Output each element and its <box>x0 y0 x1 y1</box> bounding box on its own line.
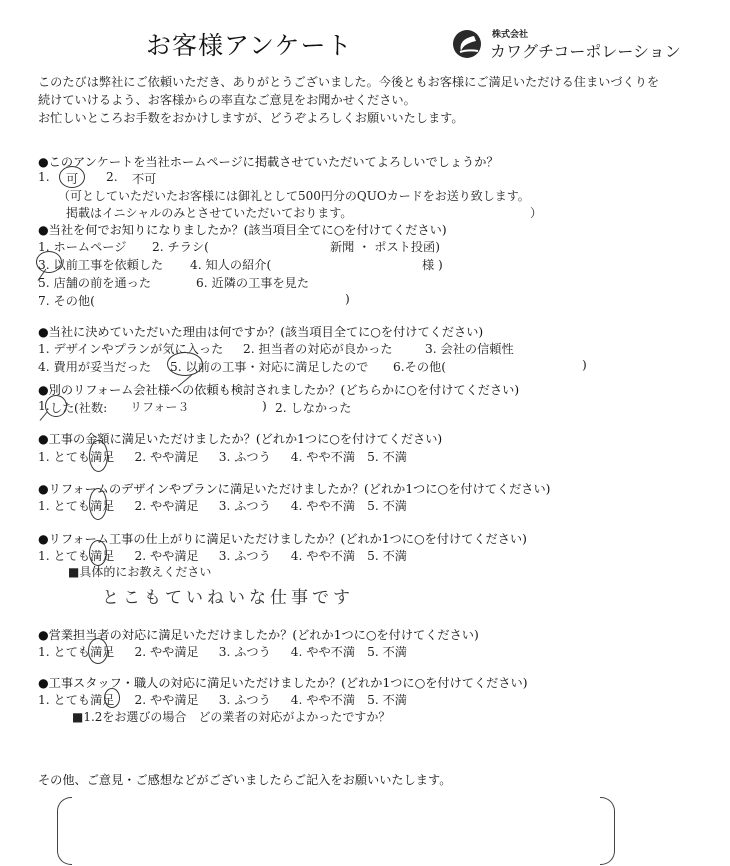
q9-option-very-satisfied[interactable]: 1. とても満足 <box>38 693 114 707</box>
q7-option-somewhat-dissatisfied[interactable]: 4. やや不満 <box>291 549 355 563</box>
q3-option-price[interactable]: 4. 費用が妥当だった <box>38 358 151 375</box>
q8-option-neutral[interactable]: 3. ふつう <box>219 645 271 659</box>
selection-circle <box>45 395 67 417</box>
selection-circle <box>59 166 85 188</box>
comment-bracket-right <box>600 797 615 865</box>
q4-option-no[interactable]: 2. しなかった <box>275 399 351 416</box>
q2-option-referral[interactable]: 4. 知人の紹介( <box>190 256 271 273</box>
q2-option-store[interactable]: 5. 店舗の前を通った <box>38 274 151 291</box>
q6-option-neutral[interactable]: 3. ふつう <box>219 499 271 513</box>
q6-question: ●リフォームのデザインやプランに満足いただけましたか？(どれか1つに○を付けてく… <box>38 480 550 497</box>
q2-referral-suffix: 様 ) <box>422 256 443 273</box>
q9-option-neutral[interactable]: 3. ふつう <box>219 693 271 707</box>
q9-option-somewhat-dissatisfied[interactable]: 4. やや不満 <box>291 693 355 707</box>
intro-line-3: お忙しいところお手数をおかけしますが、どうぞよろしくお願いいたします。 <box>38 109 464 127</box>
q3-other-close: ) <box>582 358 587 372</box>
q3-option-staff[interactable]: 2. 担当者の対応が良かった <box>243 340 393 357</box>
page-title: お客様アンケート <box>146 26 353 62</box>
selection-circle <box>36 251 62 273</box>
selection-circle <box>89 440 108 472</box>
q6-option-dissatisfied[interactable]: 5. 不満 <box>367 499 407 513</box>
q1-option-no[interactable]: 不可 <box>132 170 156 187</box>
comment-bracket-left <box>57 797 72 865</box>
q1-note-line-1: （可としていただいたお客様には御礼として500円分のQUOカードをお送り致します… <box>58 187 530 204</box>
q2-flyer-detail: 新聞 ・ ポスト投函) <box>330 238 440 255</box>
q1-opt1-number: 1. <box>38 170 50 184</box>
q7-option-neutral[interactable]: 3. ふつう <box>219 549 271 563</box>
company-logo: 株式会社 カワグチコーポレーション <box>452 27 682 63</box>
q7-question: ●リフォーム工事の仕上がりに満足いただけましたか？(どれか1つに○を付けてくださ… <box>38 530 527 547</box>
q7-option-somewhat-satisfied[interactable]: 2. やや満足 <box>134 549 198 563</box>
q2-other-close: ) <box>345 292 350 306</box>
q1-note-line-2: 掲載はイニシャルのみとさせていただいております。 <box>66 204 352 221</box>
selection-circle <box>88 638 108 664</box>
q7-detail-label: ■具体的にお教えください <box>68 563 211 580</box>
q2-option-flyer[interactable]: 2. チラシ( <box>152 238 209 255</box>
company-logo-icon <box>452 29 482 59</box>
selection-circle <box>89 488 107 520</box>
q1-note-close: ） <box>530 204 542 221</box>
q9-detail-label: ■1.2をお選びの場合 どの業者の対応がよかったですか？ <box>72 708 390 725</box>
selection-circle <box>167 352 203 376</box>
q2-option-other[interactable]: 7. その他( <box>38 292 95 309</box>
selection-circle <box>104 688 120 708</box>
q9-option-somewhat-satisfied[interactable]: 2. やや満足 <box>134 693 198 707</box>
q8-option-somewhat-satisfied[interactable]: 2. やや満足 <box>134 645 198 659</box>
q6-option-somewhat-dissatisfied[interactable]: 4. やや不満 <box>291 499 355 513</box>
q9-detail-answer[interactable] <box>72 726 632 766</box>
q1-question: ●このアンケートを当社ホームページに掲載させていただいてよろしいでしょうか？ <box>38 153 499 170</box>
q7-option-dissatisfied[interactable]: 5. 不満 <box>367 549 407 563</box>
q4-count-close: ) <box>262 399 267 413</box>
q7-detail-handwritten[interactable]: とこもていねいな仕事です <box>102 583 354 608</box>
q5-option-somewhat-satisfied[interactable]: 2. やや満足 <box>134 450 198 464</box>
q9-option-dissatisfied[interactable]: 5. 不満 <box>367 693 407 707</box>
q5-option-neutral[interactable]: 3. ふつう <box>219 450 271 464</box>
q1-opt2-number: 2. <box>106 170 118 184</box>
intro-line-2: 続けていけるよう、お客様からの率直なご意見をお聞かせください。 <box>38 91 416 109</box>
q2-option-nearby-work[interactable]: 6. 近隣の工事を見た <box>196 274 309 291</box>
q6-option-somewhat-satisfied[interactable]: 2. やや満足 <box>134 499 198 513</box>
q3-question: ●当社に決めていただいた理由は何ですか？(該当項目全てに○を付けてください) <box>38 323 483 340</box>
company-name: カワグチコーポレーション <box>490 39 681 62</box>
q5-option-dissatisfied[interactable]: 5. 不満 <box>367 450 407 464</box>
q8-option-somewhat-dissatisfied[interactable]: 4. やや不満 <box>291 645 355 659</box>
q2-question: ●当社を何でお知りになりましたか？(該当項目全てに○を付けてください) <box>38 221 447 238</box>
q5-option-somewhat-dissatisfied[interactable]: 4. やや不満 <box>291 450 355 464</box>
q8-option-dissatisfied[interactable]: 5. 不満 <box>367 645 407 659</box>
q3-option-other[interactable]: 6.その他( <box>393 358 446 375</box>
q4-count-handwritten[interactable]: リフォー３ <box>130 398 189 415</box>
q4-count-label: (社数: <box>74 399 107 416</box>
q4-question: ●別のリフォーム会社様への依頼も検討されましたか？(どちらかに○を付けてください… <box>38 381 519 398</box>
intro-line-1: このたびは弊社にご依頼いただき、ありがとうございました。今後ともお客様にご満足い… <box>38 73 659 91</box>
q9-scale: 1. とても満足2. やや満足3. ふつう4. やや不満5. 不満 <box>38 691 407 708</box>
comments-prompt: その他、ご意見・ご感想などがございましたらご記入をお願いいたします。 <box>38 771 451 788</box>
comments-field[interactable] <box>72 797 600 863</box>
q3-option-trust[interactable]: 3. 会社の信頼性 <box>425 340 514 357</box>
